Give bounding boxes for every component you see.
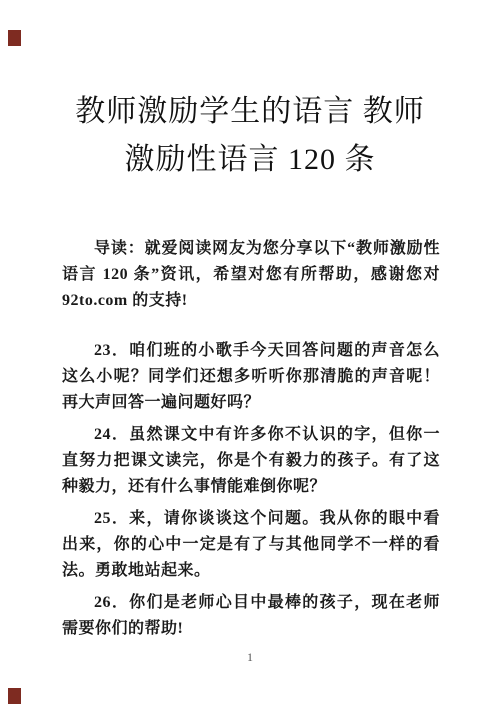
title-line-1: 教师激励学生的语言 教师 <box>38 88 462 136</box>
body-paragraph-26: 26．你们是老师心目中最棒的孩子，现在老师需要你们的帮助! <box>62 590 440 642</box>
red-corner-mark-bottom <box>8 688 21 704</box>
body-paragraph-24: 24．虽然课文中有许多你不认识的字，但你一直努力把课文读完，你是个有毅力的孩子。… <box>62 422 440 500</box>
document-body: 导读：就爱阅读网友为您分享以下“教师激励性语言 120 条”资讯，希望对您有所帮… <box>62 236 440 642</box>
page-number: 1 <box>0 650 500 664</box>
intro-paragraph: 导读：就爱阅读网友为您分享以下“教师激励性语言 120 条”资讯，希望对您有所帮… <box>62 236 440 314</box>
title-line-2: 激励性语言 120 条 <box>38 136 462 184</box>
document-title: 教师激励学生的语言 教师 激励性语言 120 条 <box>38 88 462 184</box>
body-paragraph-23: 23．咱们班的小歌手今天回答问题的声音怎么这么小呢？同学们还想多听听你那清脆的声… <box>62 338 440 416</box>
red-corner-mark-top <box>8 30 21 46</box>
body-paragraph-25: 25．来，请你谈谈这个问题。我从你的眼中看出来，你的心中一定是有了与其他同学不一… <box>62 506 440 584</box>
document-page: 教师激励学生的语言 教师 激励性语言 120 条 导读：就爱阅读网友为您分享以下… <box>0 0 500 707</box>
